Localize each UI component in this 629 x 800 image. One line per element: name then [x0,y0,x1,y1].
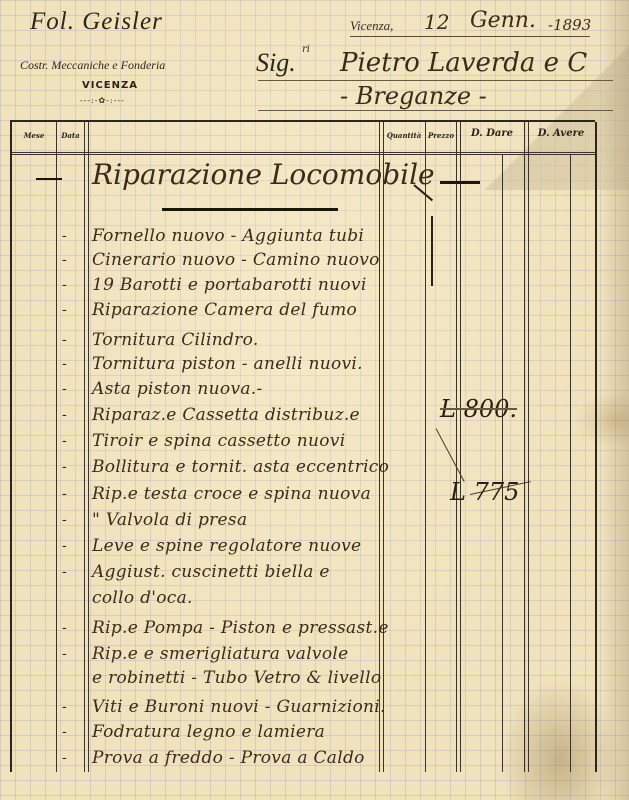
item-dash: - [62,381,67,397]
title-dash-left [36,178,62,180]
table-left-border [10,122,12,772]
place-label: Vicenza, [350,18,393,34]
item-dash: - [62,620,67,636]
date-month: Genn. [470,8,536,33]
item-dash: - [62,486,67,502]
item-dash: - [62,538,67,554]
date-year: -1893 [548,16,591,34]
item-text: Bollitura e tornit. asta eccentrico [92,457,389,477]
item-text: Viti e Buroni nuovi - Guarnizioni. [92,697,386,717]
item-dash: - [62,302,67,318]
col-divider-prezzo-dare [456,122,461,772]
item-text: Leve e spine regolatore nuove [92,536,361,556]
column-header-quantita: Quantità [383,131,425,140]
item-dash: - [62,277,67,293]
item-dash: - [62,433,67,449]
item-dash: - [62,699,67,715]
col-divider-dare-avere [524,122,529,772]
date-day: 12 [424,10,449,34]
column-header-avere: D. Avere [528,128,594,139]
column-header-prezzo: Prezzo [426,131,456,140]
col-divider-avere-cents [570,155,571,772]
item-dash: - [62,252,67,268]
table-right-border [595,122,597,772]
item-text: collo d'oca. [92,588,193,608]
item-text: Aggiust. cuscinetti biella e [92,562,330,582]
item-text: Fodratura legno e lamiera [92,722,325,742]
salutation: Sig. [256,48,296,78]
item-text: Tornitura Cilindro. [92,330,259,350]
item-text: Asta piston nuova.- [92,379,263,399]
item-dash: - [62,407,67,423]
col-divider-mese-data [56,122,57,772]
recipient-city-rule [258,110,613,111]
item-dash: - [62,724,67,740]
invoice-title: Riparazione Locomobile [92,158,435,191]
recipient-name: Pietro Laverda e C [340,48,587,78]
firm-subtitle: Costr. Meccaniche e Fonderia [20,58,165,73]
salutation-superscript: ri [302,44,310,55]
item-text: Fornello nuovo - Aggiunta tubi [92,226,364,246]
item-text: Tiroir e spina cassetto nuovi [92,431,345,451]
item-text: Tornitura piston - anelli nuovi. [92,354,363,374]
amount-original-struck: L 800. [440,395,517,423]
item-text: " Valvola di presa [92,510,247,530]
item-dash: - [62,646,67,662]
table-header-rule [10,152,595,155]
item-text: Riparazione Camera del fumo [92,300,357,320]
amount-final: L 775 [450,478,519,506]
item-text: Prova a freddo - Prova a Caldo [92,748,365,768]
item-dash: - [62,459,67,475]
recipient-city: - Breganze - [340,82,487,110]
item-text: Cinerario nuovo - Camino nuovo [92,250,380,270]
ornament-divider: ---:-✿-:--- [80,96,125,105]
item-dash: - [62,332,67,348]
item-dash: - [62,564,67,580]
item-text: Rip.e testa croce e spina nuova [92,484,371,504]
item-text: e robinetti - Tubo Vetro & livello [92,668,381,688]
firm-name: Fol. Geisler [30,8,163,36]
title-dash-right [440,181,480,184]
recipient-rule [258,80,613,81]
col-divider-dare-cents [502,155,503,772]
paper-edge-shadow [601,0,629,800]
item-dash: - [62,228,67,244]
item-dash: - [62,512,67,528]
column-header-mese: Mese [12,131,56,140]
item-text: 19 Barotti e portabarotti nuovi [92,275,367,295]
bracket-line [431,216,433,286]
item-text: Rip.e Pompa - Piston e pressast.e [92,618,389,638]
item-dash: - [62,356,67,372]
item-text: Riparaz.e Cassetta distribuz.e [92,405,360,425]
title-underline [162,208,338,211]
item-dash: - [62,750,67,766]
col-divider-data-description [84,122,89,772]
item-text: Rip.e e smerigliatura valvole [92,644,348,664]
column-header-dare: D. Dare [460,128,524,139]
firm-city: VICENZA [82,80,138,91]
column-header-data: Data [57,131,84,140]
date-rule [350,36,590,37]
table-top-rule [10,120,595,122]
col-divider-quantita-prezzo [425,122,426,772]
